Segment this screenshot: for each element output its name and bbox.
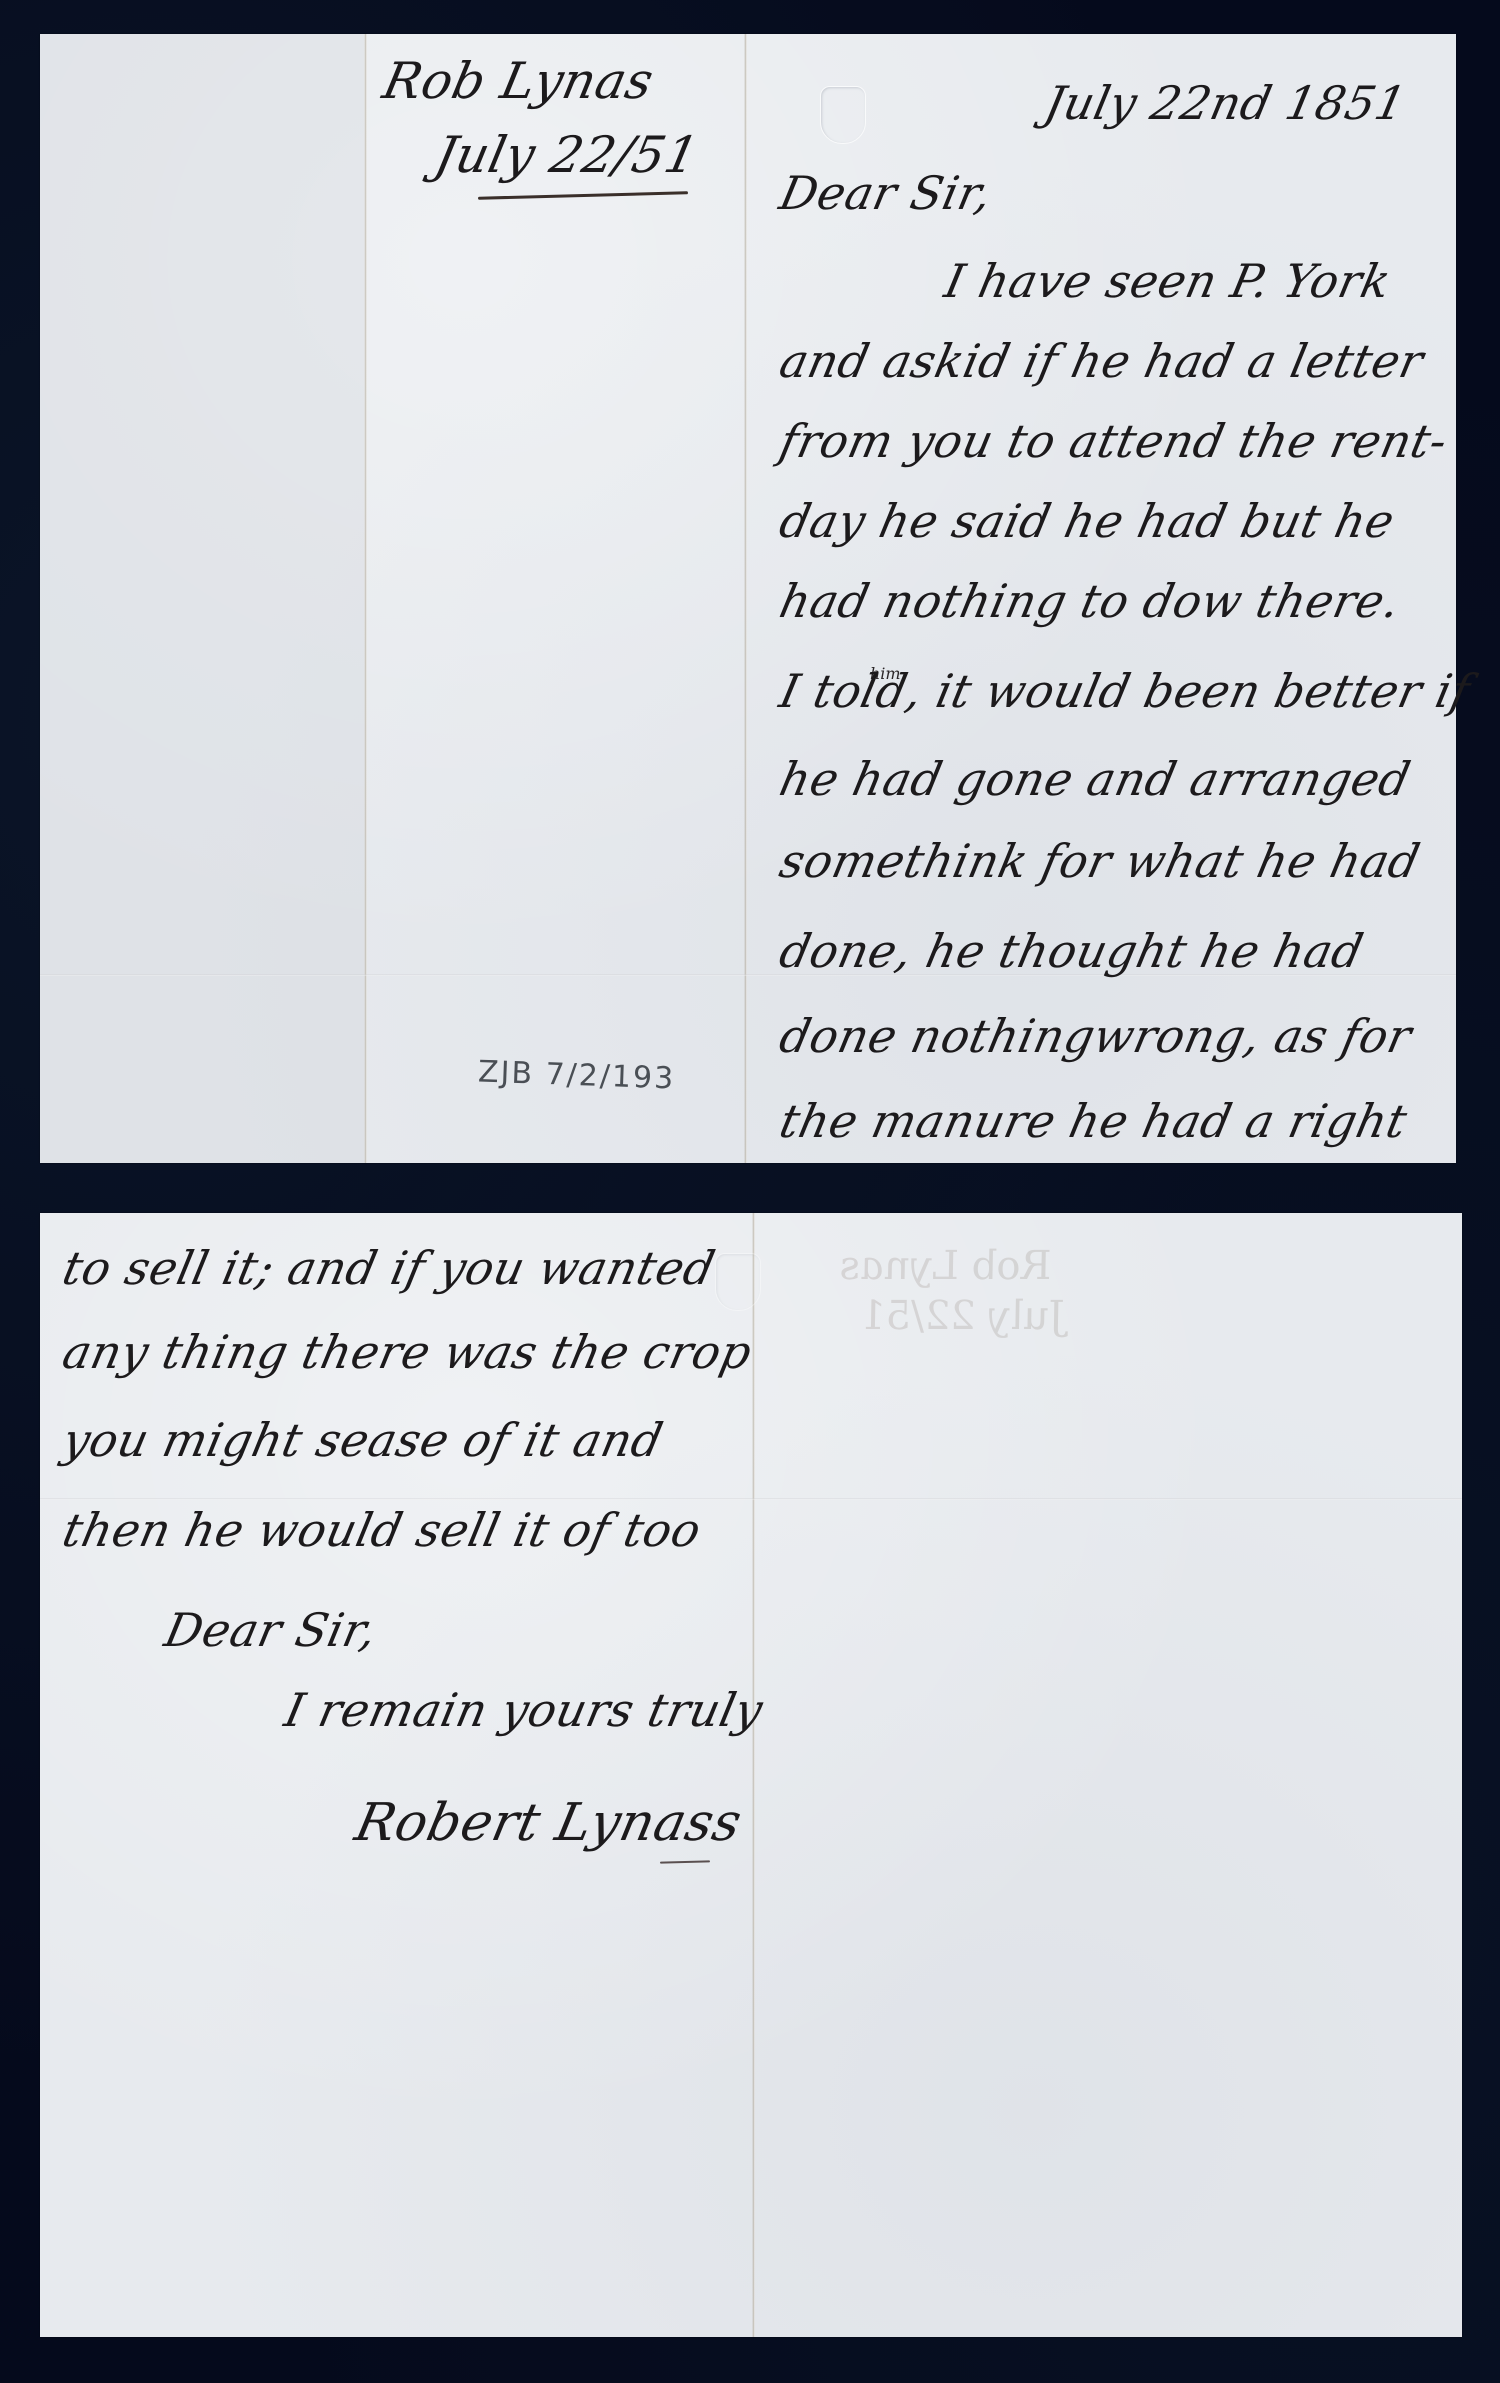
letter-line: he had gone and arranged xyxy=(775,752,1415,806)
letter-line: day he said he had but he xyxy=(775,494,1399,548)
letter-line: you might sease of it and xyxy=(58,1413,668,1467)
letter-line: and askid if he had a letter xyxy=(775,334,1428,388)
letter-line: had nothing to dow there. xyxy=(775,574,1405,628)
docket-date: July 22/51 xyxy=(430,126,704,184)
fold-line xyxy=(744,34,747,1163)
letter-line: any thing there was the crop xyxy=(58,1325,757,1379)
letter-line: done nothingwrong, as for xyxy=(775,1009,1417,1063)
letter-line: the manure he had a right xyxy=(775,1094,1412,1148)
fold-line xyxy=(40,1498,1462,1500)
bleed-through-text: Rob Lynas xyxy=(835,1243,1056,1289)
letter-line: I told, it would been better if xyxy=(775,664,1475,718)
embossed-crest-icon xyxy=(820,86,866,144)
letter-date: July 22nd 1851 xyxy=(1040,76,1411,130)
salutation: Dear Sir, xyxy=(775,166,997,220)
bleed-through-text: July 22/51 xyxy=(855,1293,1070,1339)
top-sheet: Rob Lynas July 22/51 ZJB 7/2/193 July 22… xyxy=(40,34,1456,1163)
docket-name: Rob Lynas xyxy=(378,52,659,110)
docket-underline xyxy=(478,191,688,199)
letter-line: to sell it; and if you wanted xyxy=(58,1241,720,1295)
bottom-sheet: to sell it; and if you wanted any thing … xyxy=(40,1213,1462,2337)
signature: Robert Lynass xyxy=(350,1793,747,1853)
letter-line: then he would sell it of too xyxy=(58,1503,706,1557)
embossed-crest-icon xyxy=(715,1253,761,1311)
letter-line: somethink for what he had xyxy=(775,834,1425,888)
letter-line: done, he thought he had xyxy=(775,924,1368,978)
signature-flourish xyxy=(660,1860,710,1863)
letter-line: from you to attend the rent- xyxy=(775,414,1452,468)
fold-line xyxy=(364,34,367,1163)
archive-reference: ZJB 7/2/193 xyxy=(477,1055,675,1097)
fold-line xyxy=(752,1213,755,2337)
valediction: I remain yours truly xyxy=(280,1683,768,1737)
letter-line: I have seen P. York xyxy=(940,254,1396,308)
closing-salutation: Dear Sir, xyxy=(160,1603,382,1657)
left-panel xyxy=(40,34,364,1163)
